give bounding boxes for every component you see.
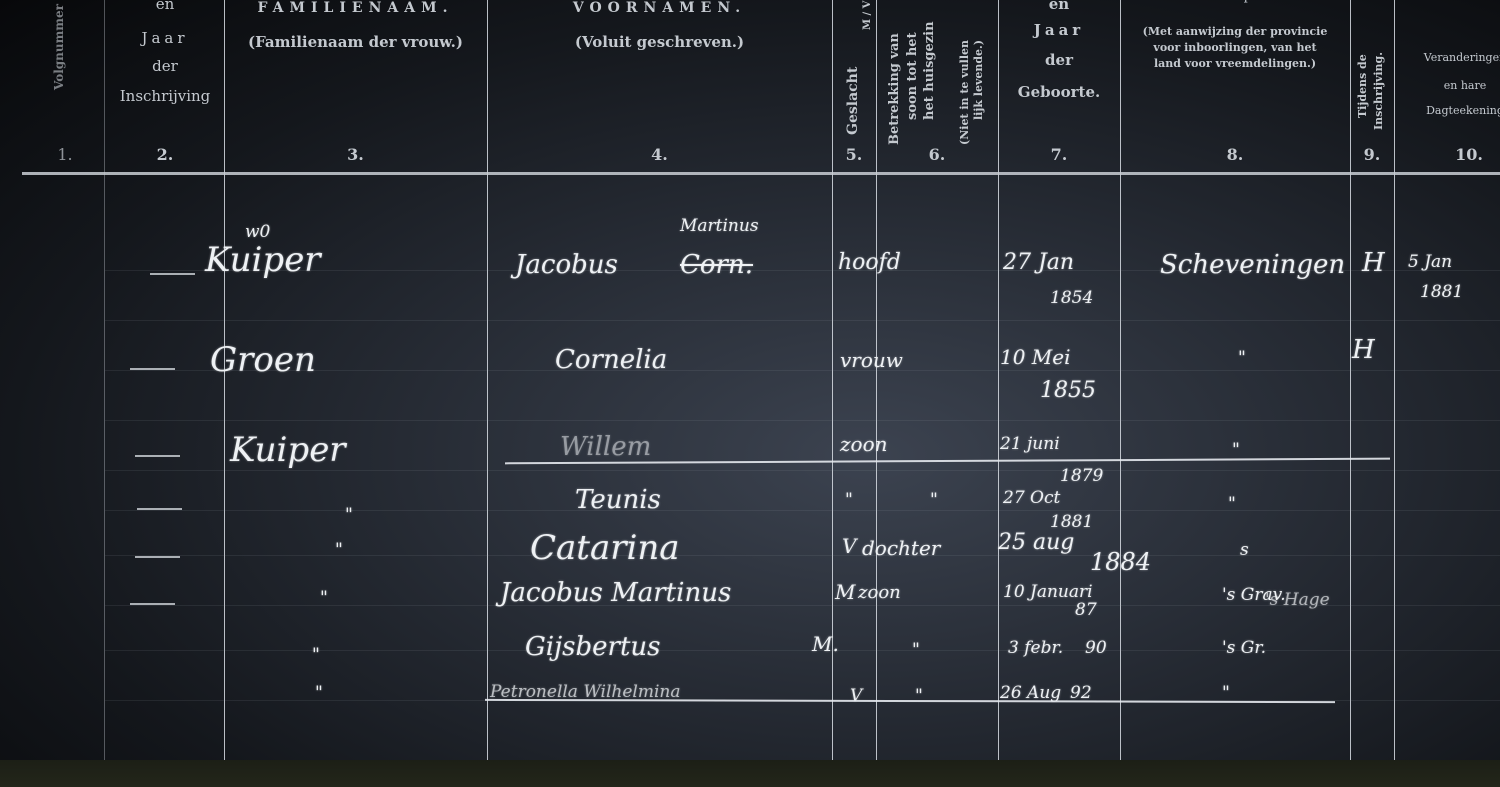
col8-sub2: voor inboorlingen, van het — [1120, 42, 1350, 55]
col9-value: H — [1362, 248, 1385, 278]
col9-label: Tijdens de — [1356, 54, 1369, 118]
col10-number: 10. — [1394, 146, 1500, 164]
column-divider — [998, 0, 999, 787]
col3-number: 3. — [224, 146, 487, 164]
col10-label2: en hare — [1400, 80, 1500, 93]
relation: zoon — [858, 582, 901, 603]
col6-note: (Niet in te vullen — [958, 40, 971, 145]
given-name: Jacobus Martinus — [500, 578, 731, 608]
col5-brace: M / V — [862, 1, 873, 30]
ruled-line — [105, 470, 1500, 471]
surname-ditto: " — [320, 588, 328, 608]
col2-dash — [137, 508, 182, 510]
col6-label2: soon tot het — [905, 32, 920, 120]
birthplace: s — [1240, 540, 1249, 560]
ruled-line — [105, 320, 1500, 321]
col2-dash — [135, 556, 180, 558]
column-divider — [832, 0, 833, 787]
column-divider — [1394, 0, 1395, 787]
col8-title: Geboorteplaats. — [1120, 0, 1350, 5]
col2-label3: Inschrijving — [105, 88, 225, 105]
relation-ditto: " — [915, 686, 923, 706]
birth-date: 25 aug — [998, 530, 1074, 555]
col2-dash — [135, 455, 180, 457]
birth-year: 1855 — [1040, 378, 1096, 403]
col4-title: VOORNAMEN. — [487, 0, 832, 16]
birthplace: 's Gr. — [1222, 638, 1266, 658]
col4-number: 4. — [487, 146, 832, 164]
col5-label: Geslacht — [845, 67, 861, 135]
birth-year: 87 — [1075, 600, 1097, 620]
sex: M — [835, 580, 855, 604]
birth-date: 10 Mei — [1000, 345, 1071, 369]
col5-number: 5. — [832, 146, 876, 164]
birth-date: 27 Oct — [1003, 488, 1060, 508]
column-divider — [1120, 0, 1121, 787]
given-name: Catarina — [530, 528, 680, 568]
surname: Kuiper — [230, 430, 346, 470]
col9-value: H — [1352, 335, 1375, 365]
col7-label-top: en — [998, 0, 1120, 13]
sex: V — [842, 534, 856, 558]
birth-date: 3 febr. — [1008, 638, 1063, 658]
header-rule — [22, 172, 1500, 175]
page-edge — [0, 760, 1500, 787]
surname: Groen — [210, 340, 316, 380]
given-name-struck: Corn. — [680, 250, 753, 280]
col9-number: 9. — [1350, 146, 1394, 164]
surname-ditto: " — [335, 540, 343, 560]
col3-title: FAMILIENAAM. — [224, 0, 487, 16]
relation: vrouw — [840, 348, 903, 372]
col8-number: 8. — [1120, 146, 1350, 164]
given-name-struck: Willem — [560, 432, 651, 462]
column-divider — [487, 0, 488, 787]
birth-year: 1881 — [1050, 512, 1093, 532]
col8-sub3: land voor vreemdelingen.) — [1120, 58, 1350, 71]
birthplace-extra: 's Hage — [1265, 590, 1330, 610]
col3-subtitle: (Familienaam der vrouw.) — [224, 34, 487, 51]
surname-note: w0 — [245, 222, 270, 242]
change-date: 5 Jan — [1408, 252, 1452, 272]
birthplace: Scheveningen — [1160, 250, 1345, 280]
col7-label: Jaar — [998, 22, 1120, 39]
given-name: Cornelia — [555, 345, 667, 375]
sex-ditto: " — [845, 490, 853, 510]
given-name-inserted: Martinus — [680, 216, 759, 236]
column-divider — [876, 0, 877, 787]
col2-label2: der — [105, 58, 225, 75]
relation: hoofd — [838, 250, 901, 275]
birthplace: " — [1228, 494, 1236, 514]
given-name: Gijsbertus — [525, 632, 660, 662]
birthplace: " — [1232, 440, 1240, 460]
col8-sub: (Met aanwijzing der provincie — [1120, 26, 1350, 39]
birth-date: 10 Januari — [1003, 582, 1093, 602]
change-year: 1881 — [1420, 282, 1463, 302]
relation: zoon — [840, 432, 888, 456]
relation: dochter — [862, 536, 940, 560]
birthplace: " — [1238, 348, 1246, 368]
birth-year: 90 — [1085, 638, 1107, 658]
birth-year: 1884 — [1090, 548, 1151, 576]
col6-number: 6. — [876, 146, 998, 164]
given-name: Jacobus — [515, 250, 618, 280]
col2-label: Jaar — [105, 30, 225, 47]
register-page: Volgnummer 1. en Jaar der Inschrijving 2… — [0, 0, 1500, 787]
surname-ditto: " — [312, 645, 320, 665]
surname: Kuiper — [205, 240, 321, 280]
col7-label2: der — [998, 52, 1120, 69]
col2-label-top: en — [105, 0, 225, 13]
ruled-line — [105, 555, 1500, 556]
surname-ditto: " — [315, 683, 323, 703]
column-divider — [224, 0, 225, 787]
col2-dash — [150, 273, 195, 275]
relation-ditto: " — [912, 640, 920, 660]
relation-ditto: " — [930, 490, 938, 510]
col9-label2: Inschrijving. — [1372, 52, 1385, 130]
col6-label3: het huisgezin — [922, 21, 937, 120]
column-divider — [104, 0, 105, 787]
birth-year: 1854 — [1050, 288, 1093, 308]
birth-date: 21 juni — [1000, 434, 1060, 454]
col7-label3: Geboorte. — [998, 84, 1120, 101]
col7-number: 7. — [998, 146, 1120, 164]
sex: M. — [812, 632, 839, 656]
birth-year: 1879 — [1060, 466, 1103, 486]
ruled-line — [105, 510, 1500, 511]
column-divider — [1350, 0, 1351, 787]
col6-label: Betrekking van — [887, 33, 902, 145]
given-name: Teunis — [575, 485, 661, 515]
col10-label3: Dagteekening — [1400, 105, 1500, 118]
col2-number: 2. — [105, 146, 225, 164]
col6-note2: lijk levende.) — [972, 40, 985, 120]
surname-ditto: " — [345, 505, 353, 525]
ruled-line — [105, 420, 1500, 421]
col2-dash — [130, 368, 175, 370]
sex: V — [850, 686, 862, 706]
col4-subtitle: (Voluit geschreven.) — [487, 34, 832, 51]
col1-number: 1. — [40, 146, 90, 164]
birth-date: 27 Jan — [1003, 250, 1074, 275]
col10-label: Veranderingen — [1400, 52, 1500, 65]
col2-dash — [130, 603, 175, 605]
col1-label: Volgnummer — [52, 4, 66, 90]
